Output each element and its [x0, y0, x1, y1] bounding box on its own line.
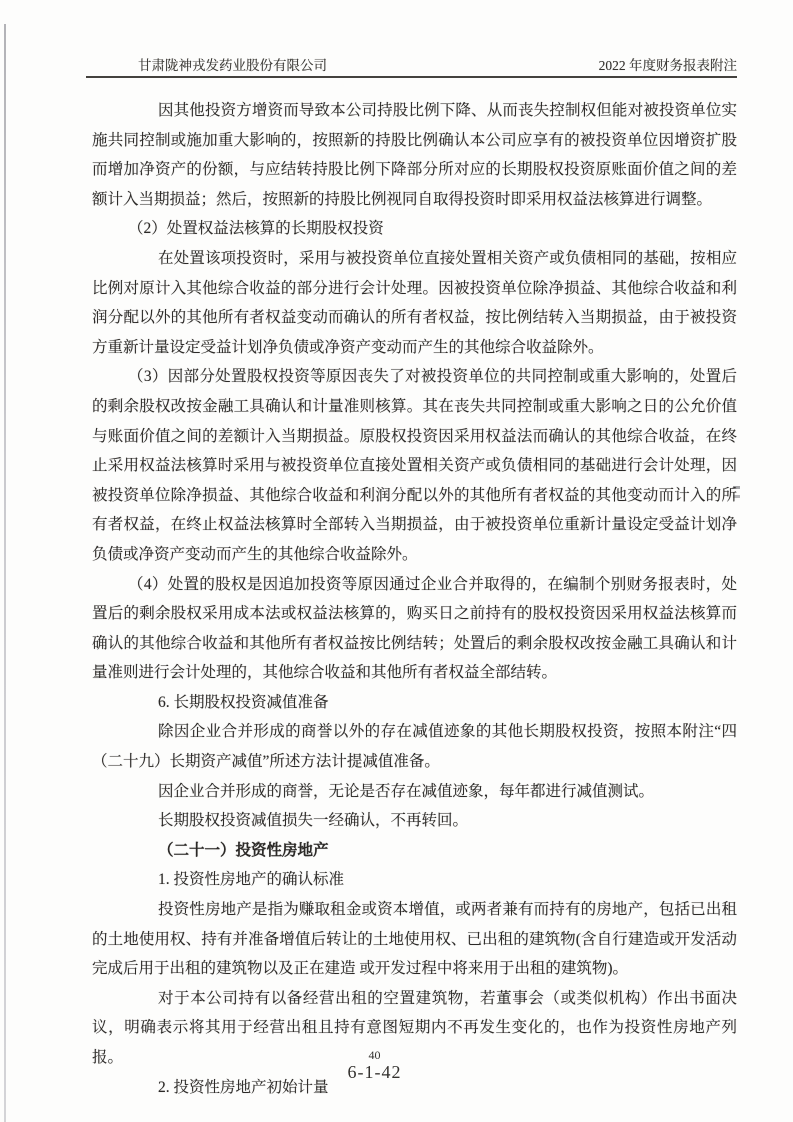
paragraph-impairment-provision: 除因企业合并形成的商誉以外的存在减值迹象的其他长期股权投资，按照本附注“四（二十… — [92, 717, 737, 776]
page-header: 甘肃陇神戎发药业股份有限公司 2022 年度财务报表附注 — [86, 54, 737, 74]
subsection-2-disposal-equity: （2）处置权益法核算的长期股权投资 — [92, 214, 737, 244]
document-body: 因其他投资方增资而导致本公司持股比例下降、从而丧失控制权但能对被投资单位实施共同… — [92, 96, 737, 1102]
header-rule — [86, 76, 737, 78]
section-21-investment-property: （二十一）投资性房地产 — [92, 836, 737, 866]
report-title: 2022 年度财务报表附注 — [599, 54, 737, 74]
paragraph-goodwill-test: 因企业合并形成的商誉，无论是否存在减值迹象，每年都进行减值测试。 — [92, 777, 737, 807]
item-1-recognition-heading: 1. 投资性房地产的确认标准 — [92, 865, 737, 895]
paragraph-disposal-treatment: 在处置该项投资时，采用与被投资单位直接处置相关资产或负债相同的基础，按相应比例对… — [92, 244, 737, 362]
company-name: 甘肃陇神戎发药业股份有限公司 — [86, 54, 327, 74]
paragraph-definition: 投资性房地产是指为赚取租金或资本增值，或两者兼有而持有的房地产，包括已出租的土地… — [92, 895, 737, 984]
page-number: 40 — [0, 1048, 749, 1062]
subsection-3-partial-disposal: （3）因部分处置股权投资等原因丧失了对被投资单位的共同控制或重大影响的，处置后的… — [92, 362, 737, 569]
paragraph-no-reversal: 长期股权投资减值损失一经确认，不再转回。 — [92, 806, 737, 836]
document-page: 甘肃陇神戎发药业股份有限公司 2022 年度财务报表附注 因其他投资方增资而导致… — [0, 0, 793, 1122]
item-6-impairment-heading: 6. 长期股权投资减值准备 — [92, 688, 737, 718]
page-footer: 40 6-1-42 — [0, 1048, 749, 1082]
paragraph-equity-dilution: 因其他投资方增资而导致本公司持股比例下降、从而丧失控制权但能对被投资单位实施共同… — [92, 96, 737, 214]
scan-edge-artifact — [4, 24, 6, 1122]
subsection-4-merger-disposal: （4）处置的股权是因追加投资等原因通过企业合并取得的，在编制个别财务报表时，处置… — [92, 570, 737, 688]
page-code: 6-1-42 — [0, 1062, 749, 1082]
